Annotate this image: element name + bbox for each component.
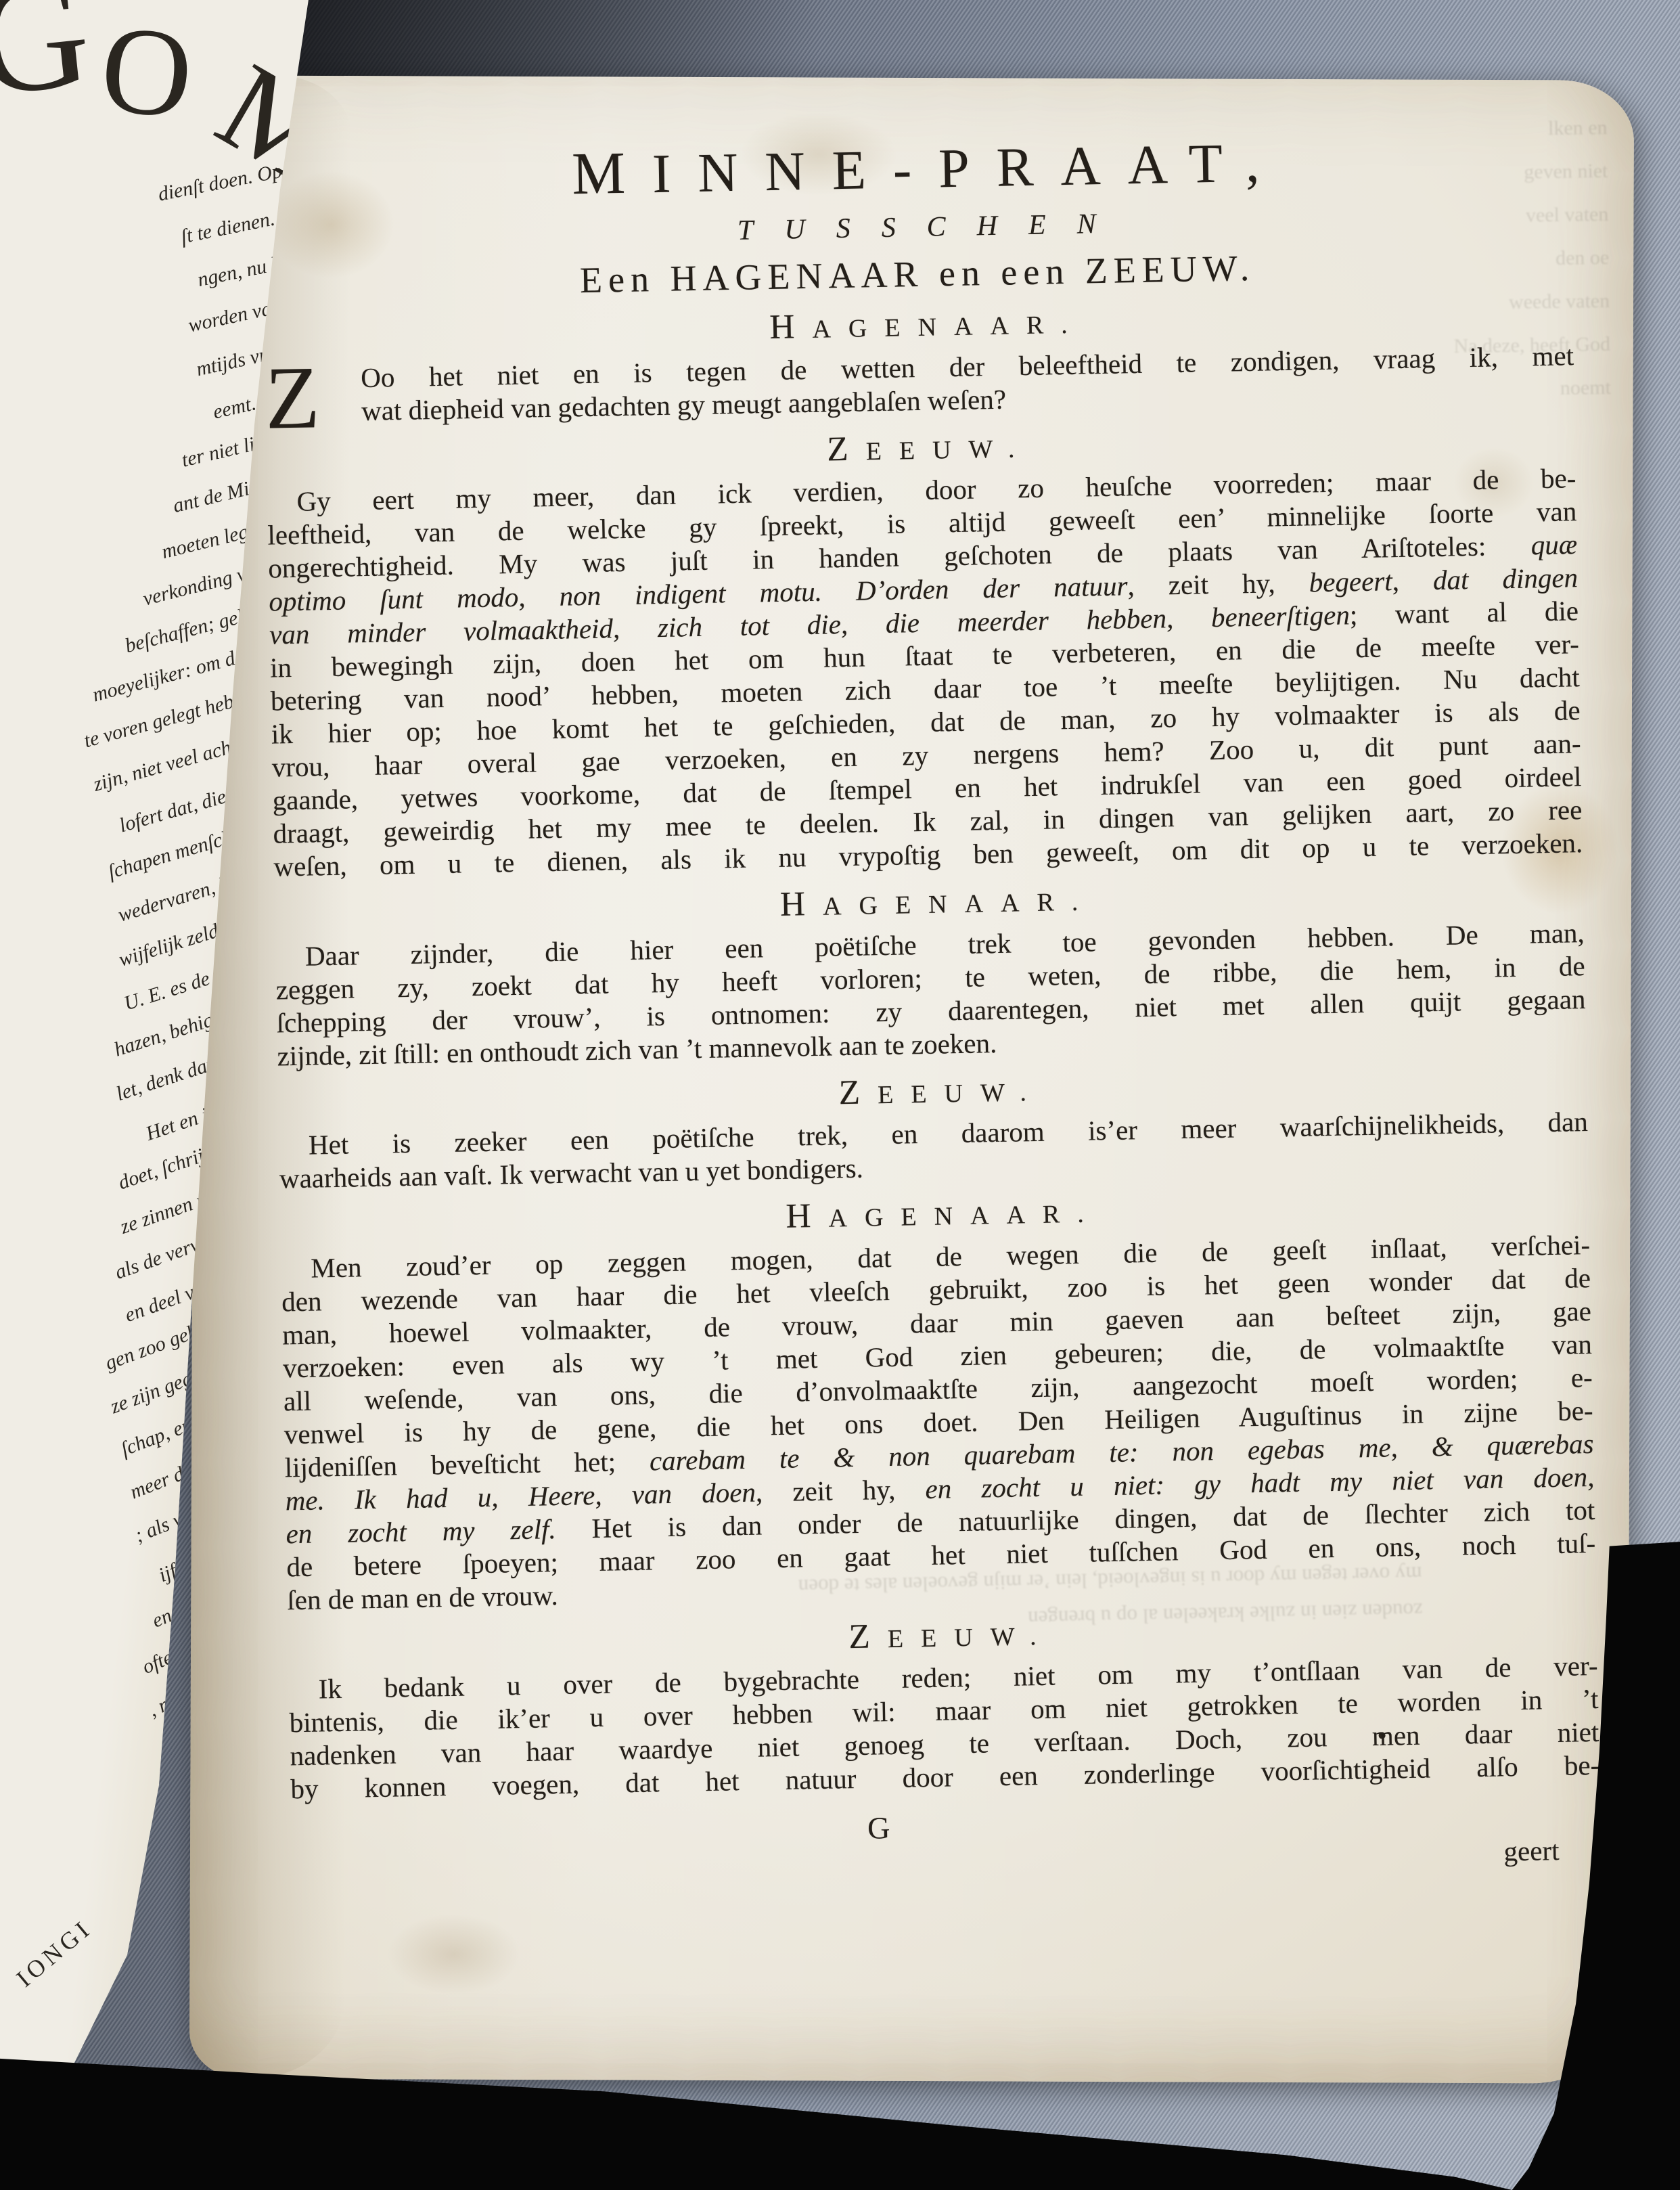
- speech-lines: Ik bedank u over de bygebrachte reden; n…: [288, 1649, 1599, 1806]
- text-segment: quæ: [1530, 529, 1577, 560]
- page-content: MINNE-PRAAT, TUSSCHEN Een HAGENAAR en ee…: [260, 123, 1602, 1908]
- text-segment: , zeit hy,: [755, 1473, 926, 1508]
- book-page: lken engeven nietveel vatenden oeweede v…: [189, 75, 1634, 2083]
- catchword: geert: [1503, 1834, 1560, 1867]
- text-segment: en zocht my zelf.: [286, 1513, 556, 1549]
- previous-page-bottom-mark: IONGI: [11, 1913, 97, 1992]
- previous-page-heading-letter: O: [96, 6, 197, 139]
- dropcap-letter: Z: [265, 353, 321, 443]
- photo-scene: lken engeven nietveel vatenden oeweede v…: [0, 0, 1680, 2190]
- text-segment: begeert: [1309, 565, 1392, 598]
- text-segment: [821, 575, 856, 607]
- dialogue: HAGENAAR.ZOo het niet en is tegen de wet…: [264, 292, 1600, 1806]
- speech-lines: Men zoud’er op zeggen mogen, dat de wege…: [281, 1228, 1597, 1617]
- text-segment: [324, 1483, 355, 1515]
- text-segment: me.: [285, 1484, 325, 1516]
- text-segment: ; want al die: [1349, 595, 1579, 630]
- text-segment: D’orden der natuur: [856, 570, 1128, 606]
- text-segment: , zeit hy,: [1127, 567, 1309, 602]
- text-segment: lijdeniſſen beveſticht het;: [284, 1445, 650, 1483]
- text-segment: ſen de man en de vrouw.: [287, 1580, 558, 1615]
- text-segment: Ik had u, Heere, van doen: [355, 1476, 756, 1515]
- speech-lines: Gy eert my meer, dan ick verdien, door z…: [267, 462, 1583, 883]
- signature-mark: G: [867, 1810, 890, 1846]
- text-segment: ,: [1392, 564, 1433, 596]
- speech-lines: Daar zijnder, die hier een poëtiſche tre…: [275, 916, 1587, 1073]
- text-segment: dat dingen: [1433, 562, 1579, 596]
- previous-page-heading-letter: G: [0, 0, 97, 120]
